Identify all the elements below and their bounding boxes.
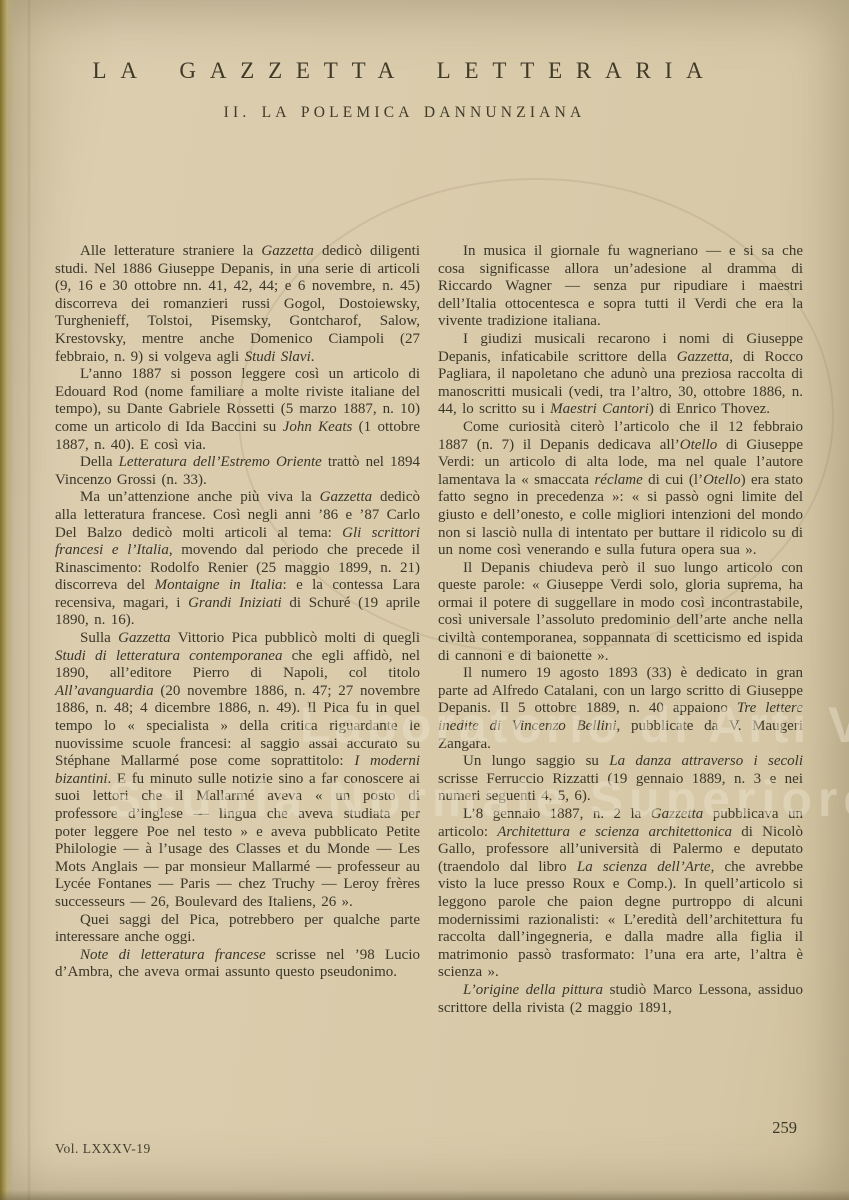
italic-run: La scienza dell’Arte bbox=[577, 859, 711, 875]
italic-run: Studi Slavi bbox=[245, 349, 311, 365]
paragraph: Ma un’attenzione anche più viva la Gazze… bbox=[55, 489, 420, 630]
paragraph: Della Letteratura dell’Estremo Oriente t… bbox=[55, 454, 420, 489]
text-run: Ma un’attenzione anche più viva la bbox=[80, 489, 320, 505]
paragraph: Quei saggi del Pica, potrebbero per qual… bbox=[55, 912, 420, 947]
volume-label: Vol. LXXXV-19 bbox=[55, 1141, 151, 1157]
paragraph: Il Depanis chiudeva però il suo lungo ar… bbox=[438, 560, 803, 666]
italic-run: L’origine della pittura bbox=[463, 982, 603, 998]
text-run: dedicò diligenti studi. Nel 1886 Giusepp… bbox=[55, 243, 420, 365]
italic-run: Architettura e scienza architettonica bbox=[497, 824, 732, 840]
italic-run: Letteratura dell’Estremo Oriente bbox=[119, 454, 322, 470]
italic-run: Gazzetta bbox=[320, 489, 373, 505]
text-columns: Alle letterature straniere la Gazzetta d… bbox=[55, 243, 803, 1017]
journal-title: LA GAZZETTA LETTERARIA bbox=[0, 58, 809, 84]
text-run: Vittorio Pica pubblicò molti di quegli bbox=[171, 630, 420, 646]
italic-run: All’avanguardia bbox=[55, 683, 154, 699]
text-run: , che avrebbe visto la luce presso Roux … bbox=[438, 859, 803, 981]
italic-run: John Keats bbox=[283, 419, 353, 435]
italic-run: Studi di letteratura contemporanea bbox=[55, 648, 282, 664]
text-run: scrisse Ferruccio Rizzatti (19 gennaio 1… bbox=[438, 771, 803, 805]
text-run: . E fu minuto sulle notizie sino a far c… bbox=[55, 771, 420, 910]
italic-run: Note di letteratura francese bbox=[80, 947, 266, 963]
text-run: Quei saggi del Pica, potrebbero per qual… bbox=[55, 912, 420, 946]
text-run: Un lungo saggio su bbox=[463, 753, 609, 769]
paragraph: Alle letterature straniere la Gazzetta d… bbox=[55, 243, 420, 366]
paragraph: L’8 gennaio 1887, n. 2 la Gazzetta pubbl… bbox=[438, 806, 803, 982]
paragraph: Come curiosità citerò l’articolo che il … bbox=[438, 419, 803, 560]
book-page: LA GAZZETTA LETTERARIA II. LA POLEMICA D… bbox=[0, 0, 849, 1200]
paragraph: Un lungo saggio su La danza attraverso i… bbox=[438, 753, 803, 806]
text-run: Il Depanis chiudeva però il suo lungo ar… bbox=[438, 560, 803, 664]
paragraph: L’origine della pittura studiò Marco Les… bbox=[438, 982, 803, 1017]
italic-run: réclame bbox=[594, 472, 642, 488]
text-run: Sulla bbox=[80, 630, 118, 646]
text-run: Della bbox=[80, 454, 119, 470]
text-run: di cui (l’ bbox=[643, 472, 703, 488]
italic-run: Otello bbox=[680, 437, 718, 453]
italic-run: Gazzetta bbox=[118, 630, 171, 646]
page-bottom-shadow bbox=[0, 1190, 849, 1200]
page-number: 259 bbox=[772, 1118, 797, 1138]
italic-run: Montaigne in Italia bbox=[155, 577, 283, 593]
text-run: . bbox=[311, 349, 315, 365]
text-run: ) di Enrico Thovez. bbox=[649, 401, 770, 417]
paragraph: Il numero 19 agosto 1893 (33) è dedicato… bbox=[438, 665, 803, 753]
left-column: Alle letterature straniere la Gazzetta d… bbox=[55, 243, 420, 1017]
italic-run: Maestri Cantori bbox=[550, 401, 649, 417]
right-column: In musica il giornale fu wagneriano — e … bbox=[438, 243, 803, 1017]
paper-crease bbox=[27, 0, 31, 1200]
italic-run: Gazzetta bbox=[261, 243, 314, 259]
italic-run: Gazzetta bbox=[651, 806, 704, 822]
page-spine-edge bbox=[0, 0, 14, 1200]
section-title: II. LA POLEMICA DANNUNZIANA bbox=[0, 104, 809, 122]
italic-run: Grandi Iniziati bbox=[188, 595, 282, 611]
italic-run: Gazzetta bbox=[677, 349, 730, 365]
paragraph: In musica il giornale fu wagneriano — e … bbox=[438, 243, 803, 331]
paragraph: I giudizi musicali recarono i nomi di Gi… bbox=[438, 331, 803, 419]
paragraph: Sulla Gazzetta Vittorio Pica pubblicò mo… bbox=[55, 630, 420, 912]
text-run: L’8 gennaio 1887, n. 2 la bbox=[463, 806, 651, 822]
paragraph: Note di letteratura francese scrisse nel… bbox=[55, 947, 420, 982]
text-run: In musica il giornale fu wagneriano — e … bbox=[438, 243, 803, 329]
italic-run: Otello bbox=[703, 472, 741, 488]
paragraph: L’anno 1887 si posson leggere così un ar… bbox=[55, 366, 420, 454]
italic-run: La danza attraverso i secoli bbox=[609, 753, 803, 769]
text-run: Alle letterature straniere la bbox=[80, 243, 261, 259]
